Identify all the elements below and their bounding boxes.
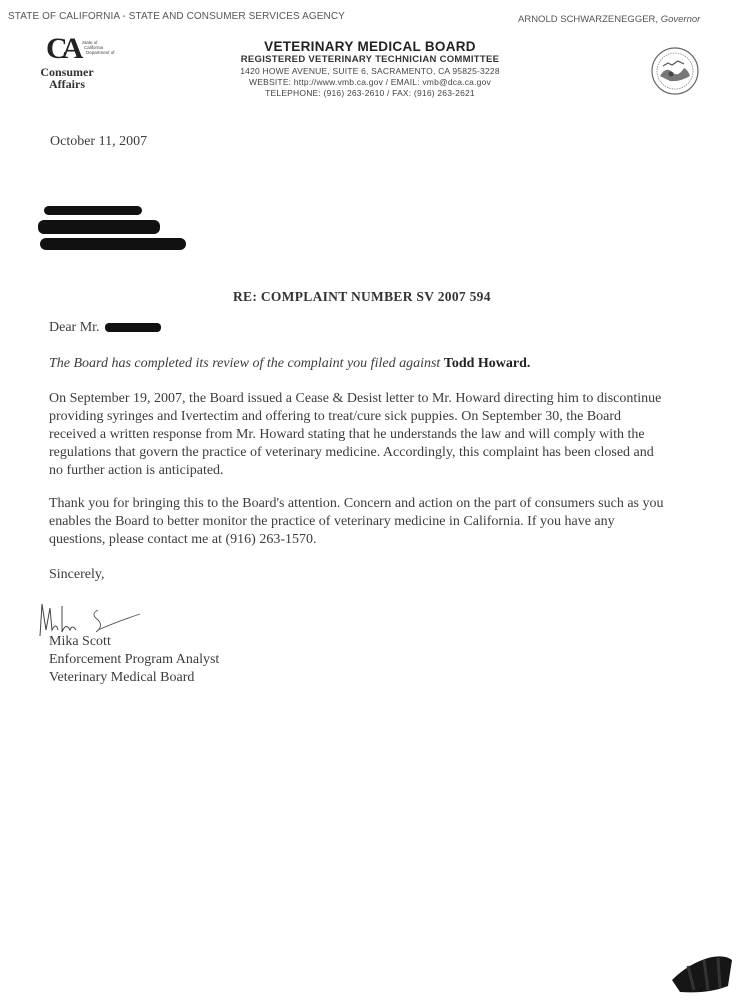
state-seal-icon [650, 46, 700, 96]
salutation: Dear Mr. [49, 319, 161, 337]
salutation-text: Dear Mr. [49, 320, 100, 335]
logo-small-text-3: Department of [86, 50, 115, 55]
board-website-email: WEBSITE: http://www.vmb.ca.gov / EMAIL: … [200, 77, 540, 88]
paragraph-cease-desist: On September 19, 2007, the Board issued … [49, 390, 669, 480]
intro-sentence: The Board has completed its review of th… [49, 355, 530, 373]
intro-text: The Board has completed its review of th… [49, 356, 440, 371]
governor-title: Governor [661, 14, 701, 25]
signer-title: Enforcement Program Analyst [49, 651, 219, 669]
committee-name: REGISTERED VETERINARY TECHNICIAN COMMITT… [200, 54, 540, 66]
complaint-reference: RE: COMPLAINT NUMBER SV 2007 594 [233, 289, 491, 305]
ca-logo-icon: CA [46, 34, 77, 64]
signer-organization: Veterinary Medical Board [49, 669, 194, 687]
signer-name: Mika Scott [49, 633, 111, 651]
letterhead: VETERINARY MEDICAL BOARD REGISTERED VETE… [200, 39, 540, 99]
closing: Sincerely, [49, 566, 104, 584]
agency-line: STATE OF CALIFORNIA - STATE AND CONSUMER… [8, 11, 345, 22]
redaction-bar [40, 238, 186, 250]
intro-subject: Todd Howard. [444, 356, 531, 371]
paragraph-thank-you: Thank you for bringing this to the Board… [49, 495, 669, 549]
board-address: 1420 HOWE AVENUE, SUITE 6, SACRAMENTO, C… [200, 66, 540, 77]
board-name: VETERINARY MEDICAL BOARD [200, 39, 540, 54]
logo-name-line2: Affairs [36, 78, 98, 90]
governor-line: ARNOLD SCHWARZENEGGER, Governor [518, 14, 700, 25]
redaction-bar [38, 220, 160, 234]
logo-name: Consumer Affairs [36, 66, 98, 90]
consumer-affairs-logo: CA State of California Department of Con… [36, 34, 116, 94]
governor-name: ARNOLD SCHWARZENEGGER, [518, 14, 658, 25]
letter-date: October 11, 2007 [50, 133, 147, 151]
salutation-name-redacted [105, 323, 161, 332]
redaction-bar [44, 206, 142, 215]
corner-redaction-mark [668, 946, 738, 996]
board-phone-fax: TELEPHONE: (916) 263-2610 / FAX: (916) 2… [200, 88, 540, 99]
